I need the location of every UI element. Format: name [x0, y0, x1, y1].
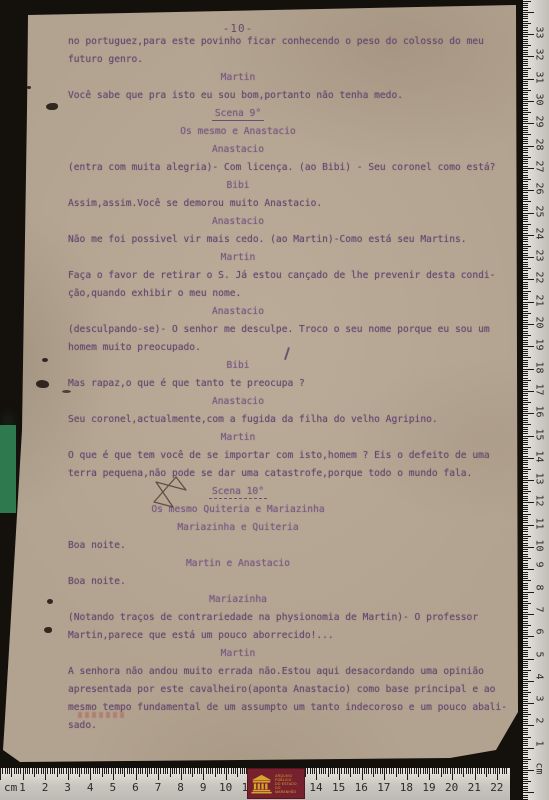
- red-stamp-trace: [78, 712, 124, 718]
- ink-spot: [44, 627, 52, 633]
- ruler-number: 27: [534, 160, 545, 174]
- right-ruler: 1234567891011121314151617181920212223242…: [523, 0, 549, 800]
- ink-spot: [62, 390, 71, 393]
- ruler-number: 8: [534, 584, 545, 598]
- ruler-number: 13: [534, 473, 545, 487]
- ruler-number: 23: [534, 250, 545, 264]
- scene-description: Os mesmo e Anastacio: [68, 126, 408, 144]
- ruler-number: 18: [534, 361, 545, 375]
- ruler-number: 4: [87, 781, 94, 794]
- ruler-number: 29: [534, 116, 545, 130]
- ruler-number: 17: [377, 781, 390, 794]
- ruler-number: 3: [534, 696, 545, 710]
- character-name: Martin e Anastacio: [68, 558, 408, 576]
- script-line: apresentada por este cavalheiro(aponta A…: [68, 684, 504, 702]
- ruler-number: 1: [534, 740, 545, 754]
- character-name: Anastacio: [68, 306, 408, 324]
- character-name: Martin: [68, 252, 408, 270]
- script-line: O que é que tem você de se importar com …: [68, 450, 504, 468]
- character-name: Anastacio: [68, 144, 408, 162]
- script-line: sado.: [68, 720, 504, 738]
- right-ruler-unit: cm: [534, 763, 545, 777]
- script-line: (entra com muita alegria)- Com licença. …: [68, 162, 504, 180]
- character-name: Bibi: [68, 360, 408, 378]
- green-strip: [0, 425, 16, 513]
- script-line: Você sabe que pra isto eu sou bom,portan…: [68, 90, 504, 108]
- script-line: Boa noite.: [68, 576, 504, 594]
- ruler-number: 32: [534, 49, 545, 63]
- character-name: Bibi: [68, 180, 408, 198]
- ruler-number: 10: [219, 781, 232, 794]
- ruler-number: 7: [534, 606, 545, 620]
- scanned-page: -10- no portuguez,para este povinho fica…: [0, 0, 549, 800]
- ruler-number: 33: [534, 27, 545, 41]
- ruler-number: 18: [400, 781, 413, 794]
- ink-spot: [47, 599, 53, 604]
- ruler-number: 3: [64, 781, 71, 794]
- scene-heading-text: Scena 9°: [212, 108, 264, 121]
- script-line: mesmo tempo fundamental de um assumpto u…: [68, 702, 504, 720]
- ruler-number: 9: [534, 562, 545, 576]
- archive-logo-text: ARQUIVO PÚBLICO DO ESTADO DO MARANHÃO: [275, 774, 302, 794]
- script-line: futuro genro.: [68, 54, 504, 72]
- ruler-number: 5: [534, 651, 545, 665]
- script-line: Seu coronel,actualmente,com a fugida da …: [68, 414, 504, 432]
- ruler-number: 30: [534, 94, 545, 108]
- script-lines: no portuguez,para este povinho ficar con…: [68, 36, 504, 738]
- script-line: terra pequena,não pode se dar uma catast…: [68, 468, 504, 486]
- ruler-number: 20: [445, 781, 458, 794]
- ruler-number: 22: [534, 272, 545, 286]
- character-name: Anastacio: [68, 396, 408, 414]
- ruler-number: 28: [534, 138, 545, 152]
- ruler-number: 17: [534, 383, 545, 397]
- character-name: Martin: [68, 72, 408, 90]
- star-doodle: [150, 474, 192, 510]
- scene-description: Os mesmo Quiteria e Mariazinha: [68, 504, 408, 522]
- character-name: Martin: [68, 432, 408, 450]
- ruler-number: 1: [19, 781, 26, 794]
- ruler-number: 14: [534, 450, 545, 464]
- ruler-number: 24: [534, 227, 545, 241]
- character-name: Mariazinha e Quiteria: [68, 522, 408, 540]
- script-line: (Notando traços de contrariedade na phys…: [68, 612, 504, 630]
- character-name: Anastacio: [68, 216, 408, 234]
- character-name: Martin: [68, 648, 408, 666]
- ruler-number: 20: [534, 317, 545, 331]
- ruler-number: 6: [132, 781, 139, 794]
- script-line: Faça o favor de retirar o S. Já estou ca…: [68, 270, 504, 288]
- ruler-number: 21: [534, 294, 545, 308]
- ruler-number: 12: [534, 495, 545, 509]
- ruler-number: 15: [534, 428, 545, 442]
- ruler-number: 11: [534, 517, 545, 531]
- logo-line: DO MARANHÃO: [275, 786, 302, 794]
- ruler-number: 19: [422, 781, 435, 794]
- ruler-number: 25: [534, 205, 545, 219]
- script-line: Mas rapaz,o que é que tanto te preocupa …: [68, 378, 504, 396]
- ruler-number: 22: [490, 781, 503, 794]
- ruler-number: 4: [534, 673, 545, 687]
- ruler-number: 5: [110, 781, 117, 794]
- ruler-number: 31: [534, 71, 545, 85]
- ruler-number: 19: [534, 339, 545, 353]
- ruler-number: 16: [534, 406, 545, 420]
- ink-spot: [36, 380, 49, 388]
- script-line: Martin,parece que está um pouco aborreci…: [68, 630, 504, 648]
- archive-logo: ARQUIVO PÚBLICO DO ESTADO DO MARANHÃO: [247, 768, 305, 799]
- script-line: Não me foi possivel vir mais cedo. (ao M…: [68, 234, 504, 252]
- ruler-number: 9: [200, 781, 207, 794]
- ruler-number: 6: [534, 629, 545, 643]
- ruler-number: 21: [468, 781, 481, 794]
- scene-heading-text: Scena 10°: [209, 486, 267, 499]
- ruler-number: 2: [42, 781, 49, 794]
- ruler-number: 7: [155, 781, 162, 794]
- ink-spot: [46, 103, 58, 110]
- ruler-number: 14: [309, 781, 322, 794]
- page-number: -10-: [68, 22, 408, 35]
- building-icon: [250, 773, 273, 795]
- ruler-number: 2: [534, 718, 545, 732]
- script-line: Boa noite.: [68, 540, 504, 558]
- scene-heading: Scena 10°: [68, 486, 408, 504]
- ink-spot: [42, 358, 48, 362]
- ruler-number: 15: [332, 781, 345, 794]
- script-line: ção,quando exhibir o meu nome.: [68, 288, 504, 306]
- ruler-number: 8: [177, 781, 184, 794]
- ruler-number: 10: [534, 540, 545, 554]
- character-name: Mariazinha: [68, 594, 408, 612]
- script-line: Assim,assim.Você se demorou muito Anasta…: [68, 198, 504, 216]
- ruler-number: 16: [355, 781, 368, 794]
- ink-spot: [27, 86, 31, 89]
- script-line: (desculpando-se)- O senhor me desculpe. …: [68, 324, 504, 342]
- script-line: A senhora não andou muito errada não.Est…: [68, 666, 504, 684]
- scene-heading: Scena 9°: [68, 108, 408, 126]
- script-line: no portuguez,para este povinho ficar con…: [68, 36, 504, 54]
- ruler-number: 26: [534, 183, 545, 197]
- bottom-ruler-unit: cm: [4, 781, 17, 794]
